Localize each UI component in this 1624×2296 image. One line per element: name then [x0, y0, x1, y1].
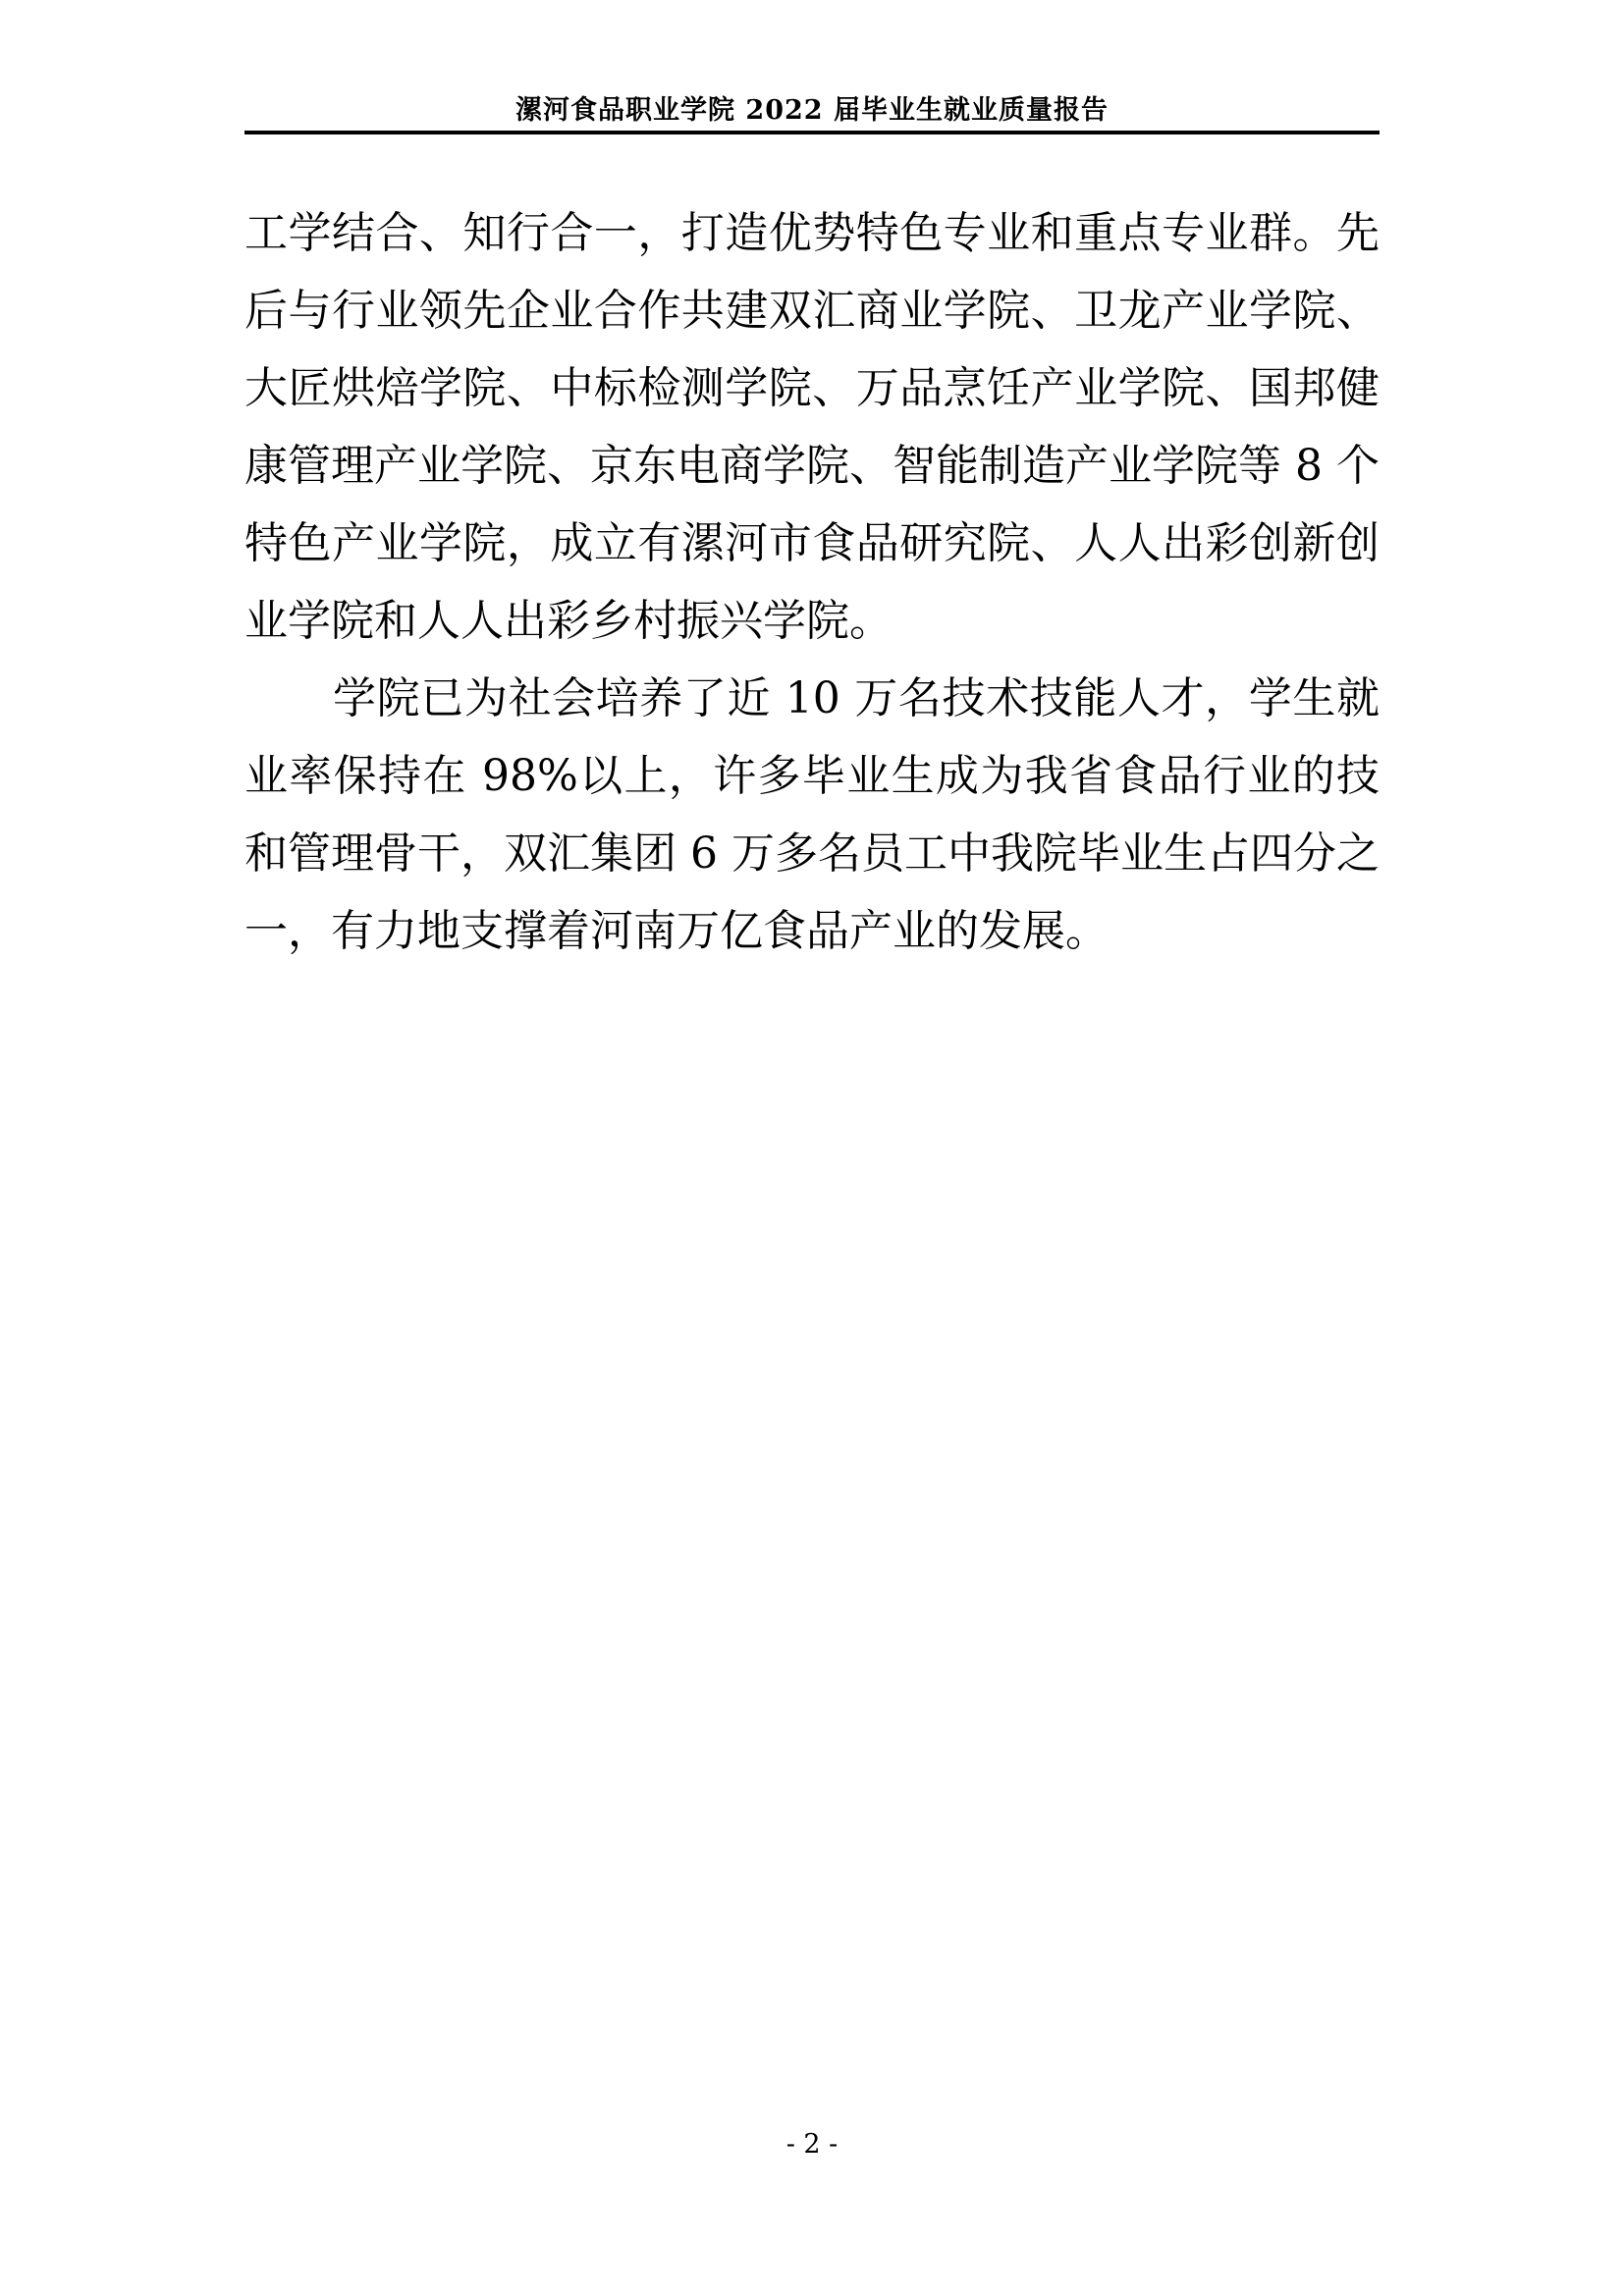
paragraph-1: 工学结合、知行合一，打造优势特色专业和重点专业群。先 后与行业领先企业合作共建双… [244, 194, 1380, 660]
body-text-line: 学院已为社会培养了近 10 万名技术技能人才，学生就 [244, 660, 1380, 737]
body-text-line: 特色产业学院，成立有漯河市食品研究院、人人出彩创新创 [244, 505, 1380, 582]
document-page: 漯河食品职业学院 2022 届毕业生就业质量报告 工学结合、知行合一，打造优势特… [0, 0, 1624, 2296]
body-text-line: 和管理骨干，双汇集团 6 万多名员工中我院毕业生占四分之 [244, 815, 1380, 892]
body-text-line: 业率保持在 98%以上，许多毕业生成为我省食品行业的技术 [244, 737, 1380, 815]
header-rule [244, 131, 1380, 134]
page-number: - 2 - [0, 2128, 1624, 2162]
body-text-line: 大匠烘焙学院、中标检测学院、万品烹饪产业学院、国邦健 [244, 349, 1380, 427]
paragraph-2: 学院已为社会培养了近 10 万名技术技能人才，学生就 业率保持在 98%以上，许… [244, 660, 1380, 970]
body-text-line: 一，有力地支撑着河南万亿食品产业的发展。 [244, 892, 1380, 970]
body-text-line: 工学结合、知行合一，打造优势特色专业和重点专业群。先 [244, 194, 1380, 272]
body-text-line: 康管理产业学院、京东电商学院、智能制造产业学院等 8 个 [244, 427, 1380, 505]
body-text-line: 业学院和人人出彩乡村振兴学院。 [244, 582, 1380, 660]
header-title: 漯河食品职业学院 2022 届毕业生就业质量报告 [0, 94, 1624, 128]
document-body: 工学结合、知行合一，打造优势特色专业和重点专业群。先 后与行业领先企业合作共建双… [244, 194, 1380, 970]
body-text-line: 后与行业领先企业合作共建双汇商业学院、卫龙产业学院、 [244, 272, 1380, 349]
